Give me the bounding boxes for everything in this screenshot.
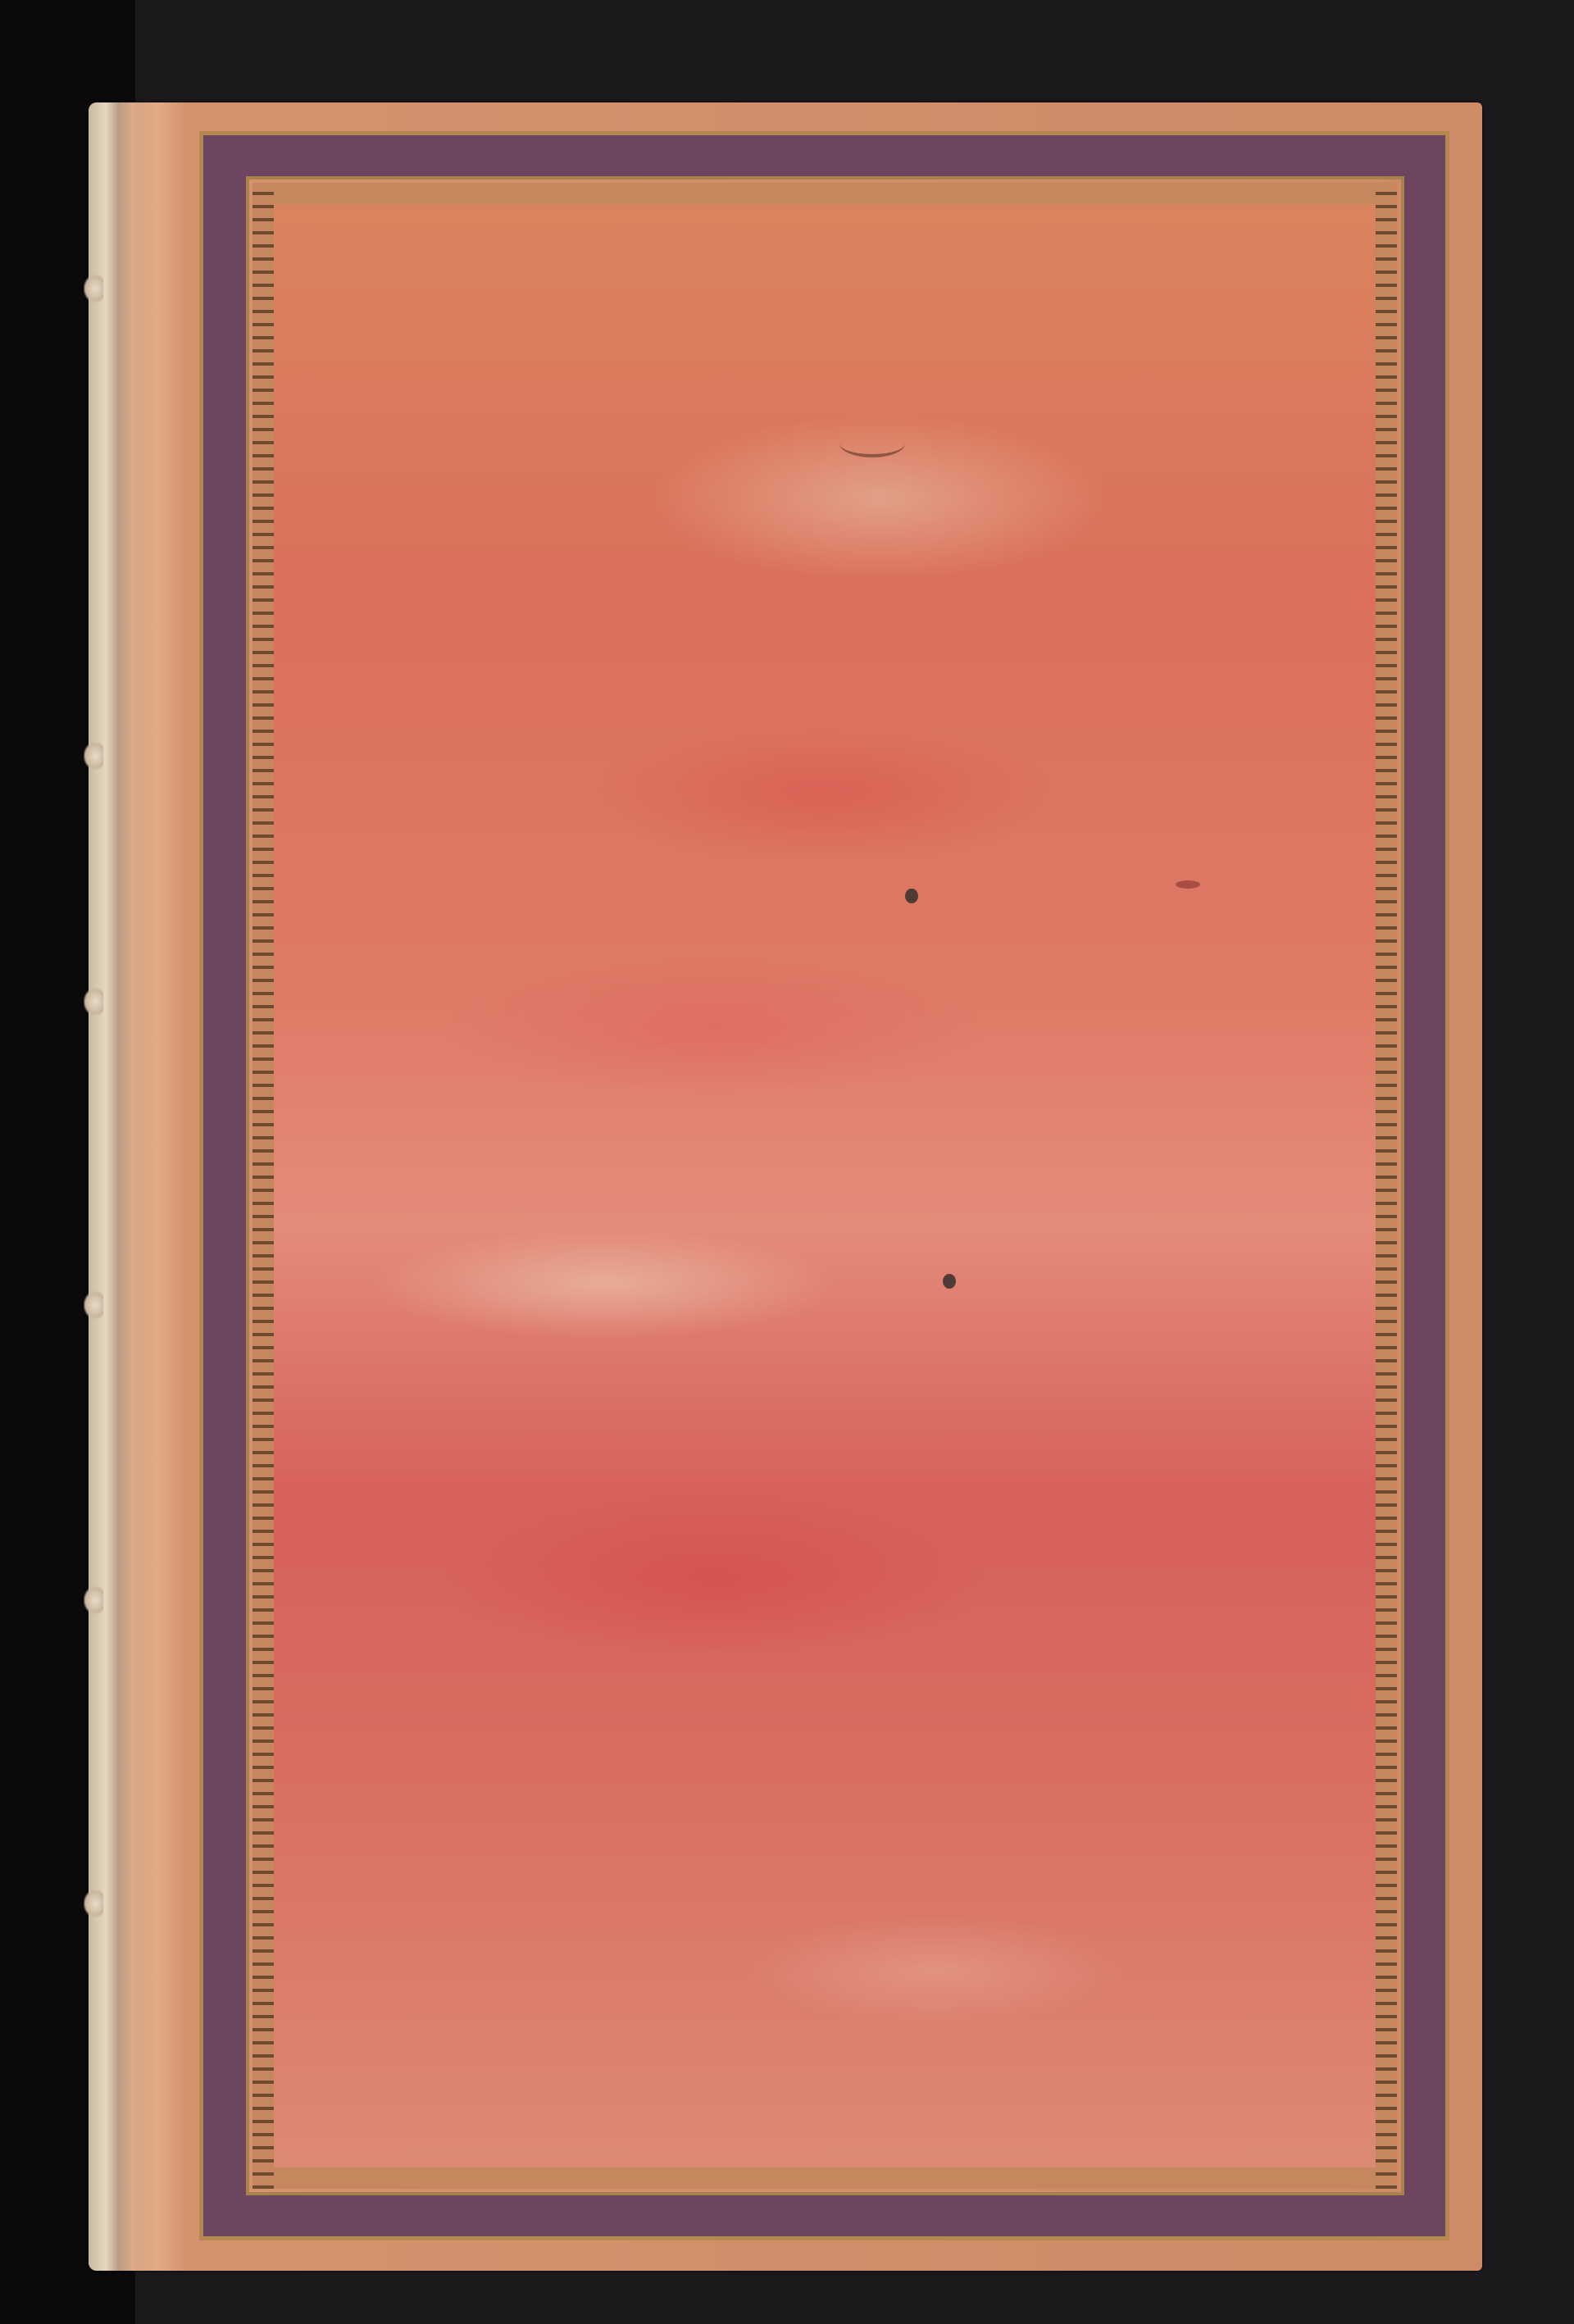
surface-spot — [943, 1274, 956, 1289]
surface-scratch — [839, 430, 905, 457]
spine-band — [84, 1586, 103, 1614]
surface-spot — [1176, 880, 1200, 889]
spine-band — [84, 988, 103, 1016]
spine-band — [84, 742, 103, 770]
central-red-panel — [274, 204, 1376, 2167]
spine-band — [84, 275, 103, 302]
surface-spot — [905, 889, 918, 903]
spine-edge — [89, 102, 131, 2271]
spine-band — [84, 1890, 103, 1917]
book-cover — [89, 102, 1482, 2271]
spine-band — [84, 1291, 103, 1319]
